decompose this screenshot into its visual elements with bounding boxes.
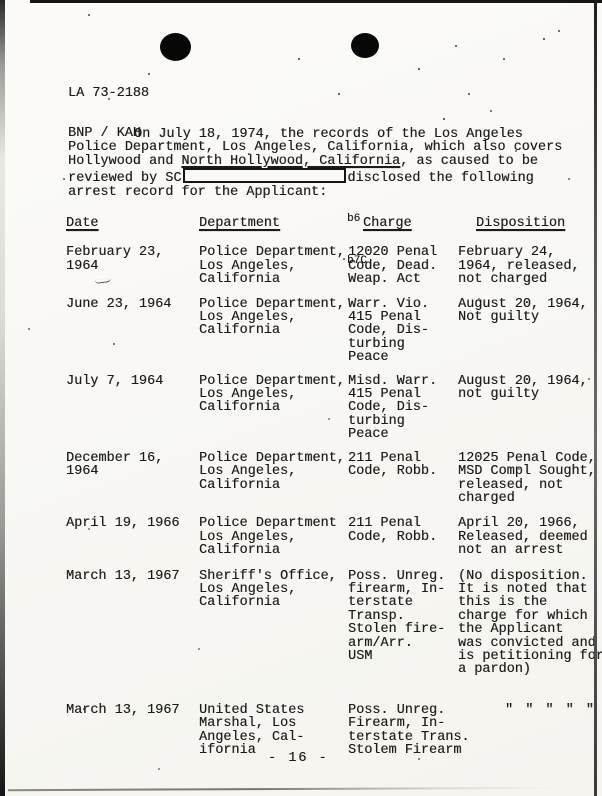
intro-line-2: Police Department, Los Angeles, Californ… (68, 141, 562, 154)
table-row: April 19, 1966 Police Department Los Ang… (66, 517, 602, 557)
arrest-department: Police Department, Los Angeles, Californ… (199, 452, 348, 506)
intro-line-3-pre: Hollywood and (68, 154, 181, 169)
arrest-date: February 23, 1964 (66, 246, 199, 286)
arrest-department: Police Department, Los Angeles, Californ… (199, 246, 348, 286)
arrest-disposition: (No disposition. It is noted that this i… (458, 570, 602, 677)
header-department: Department (199, 217, 348, 230)
case-number: LA 73-2188 (68, 87, 149, 100)
arrest-charge: Poss. Unreg. Firearm, In- terstate Trans… (348, 704, 458, 758)
hole-punch-mark (160, 33, 191, 61)
header-disposition: Disposition (458, 217, 602, 230)
table-row: July 7, 1964 Police Department, Los Ange… (66, 375, 602, 442)
table-row: June 23, 1964 Police Department, Los Ang… (66, 298, 602, 365)
arrest-charge: Warr. Vio. 415 Penal Code, Dis- turbing … (348, 298, 458, 365)
arrest-disposition: August 20, 1964, Not guilty (458, 298, 602, 365)
scan-smudge-bottom (8, 787, 558, 791)
scan-edge-right (594, 0, 597, 796)
intro-line-3-post: , as caused to be (400, 154, 538, 169)
page-number: - 16 - (268, 752, 329, 765)
intro-line-1: On July 18, 1974, the records of the Los… (68, 128, 562, 141)
table-row: March 13, 1967 Sheriff's Office, Los Ang… (66, 570, 602, 677)
arrest-disposition: February 24, 1964, released, not charged (458, 246, 602, 286)
arrest-date: March 13, 1967 (66, 570, 199, 677)
arrest-disposition-ditto-marks: " " " " " (458, 704, 602, 758)
arrest-date: December 16, 1964 (66, 452, 199, 506)
arrest-department: United States Marshal, Los Angeles, Cal-… (199, 704, 348, 758)
scanned-document-page: LA 73-2188 BNP / KAH On July 18, 1974, t… (0, 0, 602, 796)
arrest-department: Sheriff's Office, Los Angeles, Californi… (199, 570, 348, 677)
arrest-disposition: April 20, 1966, Released, deemed not an … (458, 517, 602, 557)
arrest-charge: Poss. Unreg. firearm, In- terstate Trans… (348, 570, 458, 677)
redaction-box (183, 168, 346, 183)
arrest-charge: 211 Penal Code, Robb. (348, 517, 458, 557)
arrest-date: March 13, 1967 (66, 704, 199, 758)
intro-line-3: Hollywood and North Hollywood, Californi… (68, 155, 562, 168)
arrest-disposition: 12025 Penal Code, MSD Compl Sought, rele… (458, 452, 602, 506)
intro-paragraph: On July 18, 1974, the records of the Los… (68, 128, 562, 199)
arrest-department: Police Department, Los Angeles, Californ… (199, 298, 348, 365)
arrest-charge: Misd. Warr. 415 Penal Code, Dis- turbing… (348, 375, 458, 442)
arrest-date: July 7, 1964 (66, 375, 199, 442)
hole-punch-mark (351, 33, 379, 58)
header-date: Date (66, 217, 199, 230)
arrest-charge: 211 Penal Code, Robb. (348, 452, 458, 506)
intro-line-4: reviewed by SCdisclosed the following (68, 168, 562, 185)
arrest-department: Police Department Los Angeles, Californi… (199, 517, 348, 557)
header-charge: Charge (348, 217, 458, 230)
arrest-charge: 12020 Penal Code, Dead. Weap. Act (348, 246, 458, 286)
intro-line-4-pre: reviewed by SC (68, 171, 181, 186)
scan-edge-top (30, 0, 602, 3)
table-row: December 16, 1964 Police Department, Los… (66, 452, 602, 506)
table-row: March 13, 1967 United States Marshal, Lo… (66, 704, 602, 758)
table-row: February 23, 1964 Police Department, Los… (66, 246, 602, 286)
arrest-disposition: August 20, 1964, not guilty (458, 375, 602, 442)
arrest-date: April 19, 1966 (66, 517, 199, 557)
intro-line-5: arrest record for the Applicant: (68, 186, 562, 199)
arrest-department: Police Department, Los Angeles, Californ… (199, 375, 348, 442)
arrest-date: June 23, 1964 (66, 298, 199, 365)
intro-line-4-post: disclosed the following (347, 171, 533, 186)
table-header-row: Date Department Charge Disposition (66, 217, 602, 230)
scan-edge-left (0, 0, 5, 796)
arrest-record-table: Date Department Charge Disposition Febru… (66, 217, 602, 768)
underlined-location-text: North Hollywood, California (181, 154, 400, 169)
